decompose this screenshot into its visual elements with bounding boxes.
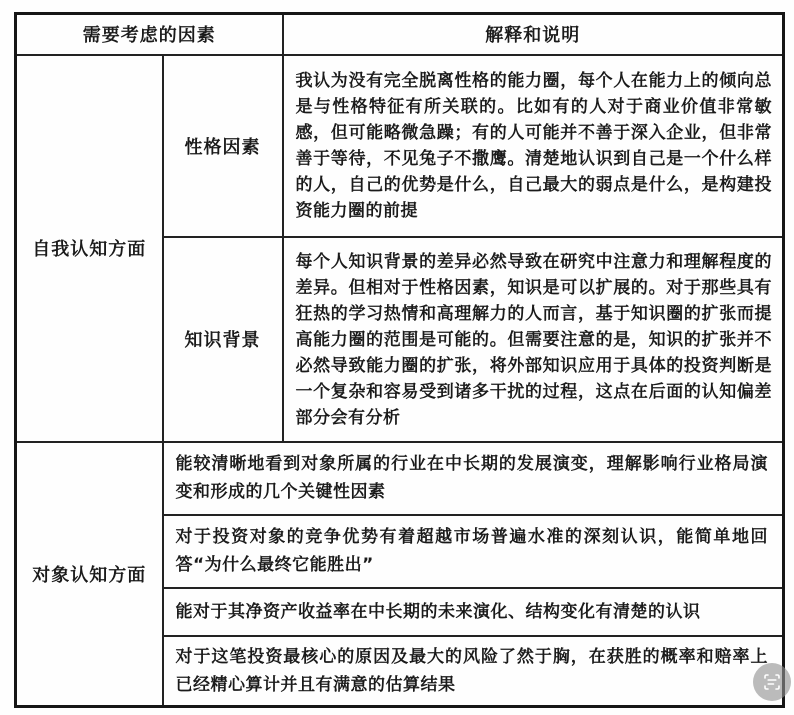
object-criterion-roe-cell: 能对于其净资产收益率在中长期的未来演化、结构变化有清楚的认识 [163, 588, 784, 636]
explanation-personality-cell: 我认为没有完全脱离性格的能力圈，每个人在能力上的倾向总是与性格特征有所关联的。比… [283, 55, 784, 237]
table-row: 自我认知方面 性格因素 我认为没有完全脱离性格的能力圈，每个人在能力上的倾向总是… [16, 55, 784, 237]
competence-factors-table: 需要考虑的因素 解释和说明 自我认知方面 性格因素 我认为没有完全脱离性格的能力… [14, 12, 785, 708]
factor-personality-cell: 性格因素 [163, 55, 283, 237]
header-factors-cell: 需要考虑的因素 [16, 14, 283, 55]
factor-knowledge-cell: 知识背景 [163, 237, 283, 442]
object-criterion-industry-cell: 能较清晰地看到对象所属的行业在中长期的发展演变，理解影响行业格局演变和形成的几个… [163, 442, 784, 515]
object-section-label-cell: 对象认知方面 [16, 442, 163, 707]
object-criterion-advantage-cell: 对于投资对象的竞争优势有着超越市场普遍水准的深刻认识，能简单地回答“为什么最终它… [163, 515, 784, 588]
object-criterion-risk-cell: 对于这笔投资最核心的原因及最大的风险了然于胸，在获胜的概率和赔率上已经精心算计并… [163, 636, 784, 707]
explanation-knowledge-cell: 每个人知识背景的差异必然导致在研究中注意力和理解程度的差异。但相对于性格因素，知… [283, 237, 784, 442]
self-section-label-cell: 自我认知方面 [16, 55, 163, 442]
scan-text-icon [762, 672, 782, 692]
scan-watermark-badge [753, 663, 791, 701]
scanned-page: 需要考虑的因素 解释和说明 自我认知方面 性格因素 我认为没有完全脱离性格的能力… [0, 0, 794, 715]
table-header-row: 需要考虑的因素 解释和说明 [16, 14, 784, 55]
header-explanation-cell: 解释和说明 [283, 14, 784, 55]
table-row: 对象认知方面 能较清晰地看到对象所属的行业在中长期的发展演变，理解影响行业格局演… [16, 442, 784, 515]
